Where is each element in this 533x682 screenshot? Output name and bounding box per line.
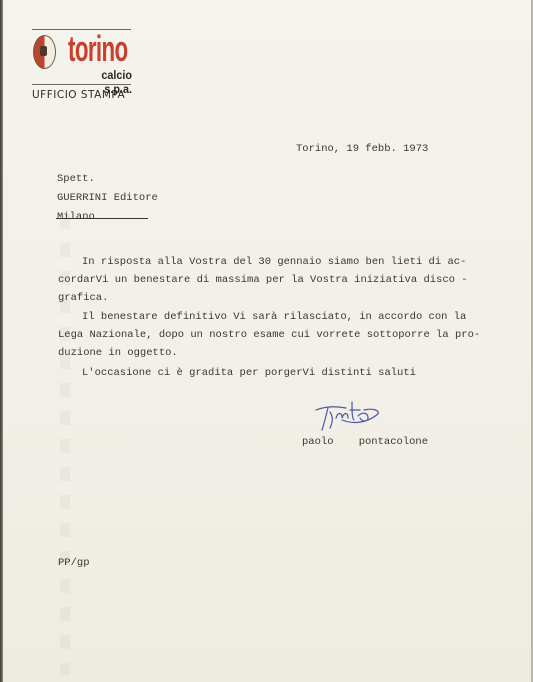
letter-page: torino calcio s.p.a. UFFICIO STAMPA Tori… [0,0,533,682]
page-edge-left [0,0,3,682]
torino-crest-icon [33,35,56,69]
letter-date: Torino, 19 febb. 1973 [296,143,428,155]
paragraph-1-line-2: cordarVi un benestare di massima per la … [58,274,468,286]
paragraph-1-line-1: In risposta alla Vostra del 30 gennaio s… [82,256,466,268]
recipient-underline [56,218,148,219]
department-label: UFFICIO STAMPA [32,89,125,101]
recipient-name: GUERRINI Editore [57,192,158,204]
paragraph-2-line-1: Il benestare definitivo Vi sarà rilascia… [82,311,466,323]
paragraph-2-line-3: duzione in oggetto. [58,347,178,359]
brand-name: torino [68,31,128,67]
recipient-city: Milano [57,211,95,223]
paragraph-1-line-3: grafica. [58,292,108,304]
closing-line: L'occasione ci è gradita per porgerVi di… [82,367,416,379]
recipient-salutation: Spett. [57,173,95,185]
letterhead-rule-bottom [32,84,131,85]
signature-icon [312,398,382,432]
paragraph-2-line-2: Lega Nazionale, dopo un nostro esame cui… [58,329,480,341]
signatory-name: paolo pontacolone [302,436,428,448]
reference-initials: PP/gp [58,557,90,569]
